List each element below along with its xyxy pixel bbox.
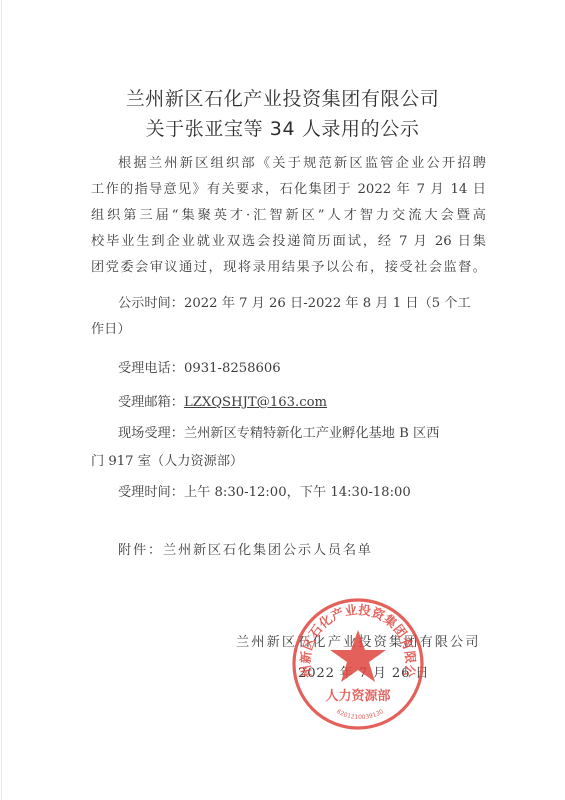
notice-period-value: 2022 年 7 月 26 日-2022 年 8 月 1 日（5 个工: [184, 296, 471, 311]
body-line-2: 工作的指导意见》有关要求，石化集团于 2022 年 7 月 14 日: [91, 181, 486, 199]
body-line-4: 校毕业生到企业就业双选会投递简历面试，经 7 月 26 日集: [91, 233, 486, 251]
hours-value: 上午 8:30-12:00，下午 14:30-18:00: [184, 485, 411, 500]
attachment-link[interactable]: 兰州新区石化集团公示人员名单: [163, 543, 373, 558]
notice-period: 公示时间：2022 年 7 月 26 日-2022 年 8 月 1 日（5 个工: [118, 295, 486, 313]
svg-text:6201210039130: 6201210039130: [335, 708, 385, 721]
title-line-2: 关于张亚宝等 34 人录用的公示: [0, 114, 565, 141]
email-link[interactable]: LZXQSHJT@163.com: [184, 395, 327, 410]
title-line-1: 兰州新区石化产业投资集团有限公司: [0, 84, 565, 111]
onsite-line-cont: 门 917 室（人力资源部）: [91, 453, 486, 471]
phone-label: 受理电话：: [118, 361, 184, 376]
attachment-label: 附件：: [118, 543, 163, 558]
attachment-line: 附件：兰州新区石化集团公示人员名单: [118, 542, 513, 560]
email-label: 受理邮箱：: [118, 395, 184, 410]
phone-value: 0931-8258606: [184, 361, 281, 376]
hours-line: 受理时间：上午 8:30-12:00，下午 14:30-18:00: [118, 484, 513, 502]
official-seal-icon: 兰州新区石化产业投资集团有限公司 人力资源部 6201210039130: [290, 596, 426, 732]
phone-line: 受理电话：0931-8258606: [118, 360, 513, 378]
body-line-5: 团党委会审议通过，现将录用结果予以公布，接受社会监督。: [91, 259, 486, 277]
document-page: 兰州新区石化产业投资集团有限公司 关于张亚宝等 34 人录用的公示 根据兰州新区…: [0, 0, 565, 800]
notice-period-label: 公示时间：: [118, 296, 184, 311]
onsite-line: 现场受理：兰州新区专精特新化工产业孵化基地 B 区西: [118, 425, 486, 443]
hours-label: 受理时间：: [118, 485, 184, 500]
onsite-label: 现场受理：: [118, 426, 184, 441]
body-line-3: 组织第三届“集聚英才·汇智新区”人才智力交流大会暨高: [91, 207, 486, 225]
svg-text:人力资源部: 人力资源部: [325, 688, 390, 704]
body-line-1: 根据兰州新区组织部《关于规范新区监管企业公开招聘: [118, 155, 486, 173]
email-line: 受理邮箱：LZXQSHJT@163.com: [118, 394, 513, 412]
notice-period-cont: 作日）: [91, 321, 486, 339]
onsite-value: 兰州新区专精特新化工产业孵化基地 B 区西: [184, 426, 439, 441]
